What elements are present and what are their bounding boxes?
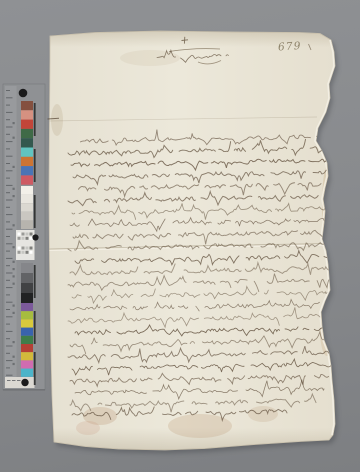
ruler-mark [6, 170, 13, 171]
color-patch [21, 110, 33, 119]
ruler-mark [6, 258, 13, 259]
ruler-mark [6, 324, 10, 325]
color-patch [21, 344, 33, 352]
ruler-mark [13, 195, 15, 197]
mini-patch [18, 247, 21, 250]
color-patch [21, 369, 33, 377]
label-text-mark [7, 380, 11, 381]
scale-label-strip [5, 377, 35, 388]
ruler-mark [13, 224, 15, 226]
ruler-mark [6, 178, 10, 179]
scale-black-bar [34, 195, 36, 228]
color-patch [21, 157, 33, 166]
ruler-mark [13, 188, 15, 190]
color-patch [21, 175, 33, 184]
color-patch [21, 319, 33, 327]
mini-patch [26, 247, 29, 250]
ruler-mark [6, 236, 10, 237]
color-patch [21, 129, 33, 138]
ruler-mark [6, 273, 13, 274]
photo-backdrop: 679 [0, 0, 360, 472]
ruler-mark [6, 353, 10, 354]
registration-dot-bottom [21, 379, 28, 386]
color-patch [21, 101, 33, 110]
mini-patch [26, 251, 29, 254]
grayscale-patch [21, 220, 33, 229]
color-patch [21, 148, 33, 157]
ruler-mark [6, 294, 10, 295]
ruler-mark [6, 134, 10, 135]
label-text-mark [17, 380, 21, 381]
gray-step-patch [21, 273, 33, 283]
color-patch [21, 360, 33, 368]
registration-dot-middle [32, 234, 38, 240]
ruler-mark [13, 137, 15, 139]
ruler-mark [13, 363, 15, 365]
ruler-mark [6, 119, 10, 120]
ruler-mark [13, 261, 15, 263]
ruler-mark [6, 287, 13, 288]
mini-patch [22, 251, 25, 254]
ruler-mark [6, 163, 10, 164]
mini-patch [18, 233, 21, 236]
ruler-mark [6, 280, 10, 281]
mini-patch [22, 233, 25, 236]
mini-patch [18, 237, 21, 240]
ruler-mark [6, 148, 10, 149]
manuscript-photo: 679 [0, 0, 360, 472]
color-calibration-scale [3, 84, 45, 390]
ruler-mark [6, 375, 13, 376]
mini-patch [30, 251, 33, 254]
ruler-mark [13, 283, 15, 285]
stain [120, 50, 180, 66]
scale-black-bar [34, 311, 36, 344]
grayscale-patch [21, 186, 33, 195]
registration-dot-top [19, 89, 28, 98]
ruler-mark [6, 265, 10, 266]
ruler-mark [6, 243, 13, 244]
grayscale-patch [21, 195, 33, 204]
ruler-mark [6, 316, 13, 317]
grayscale-patch [21, 203, 33, 212]
mini-patch [30, 233, 33, 236]
stain [168, 414, 232, 438]
ruler-mark [13, 356, 15, 358]
scale-black-bar [34, 352, 36, 385]
color-patch [21, 120, 33, 129]
ruler-mark [6, 338, 10, 339]
ruler-mark [6, 367, 10, 368]
ruler-mark [13, 305, 15, 307]
scale-black-bar [34, 149, 36, 182]
mini-patch [18, 251, 21, 254]
scale-black-bar [34, 265, 36, 298]
ruler-mark [13, 268, 15, 270]
mini-patch [30, 247, 33, 250]
stain [51, 104, 63, 136]
ruler-mark [13, 312, 15, 314]
ruler-mark [6, 156, 13, 157]
mini-patch [26, 233, 29, 236]
color-patch [21, 303, 33, 311]
ruler-mark [6, 192, 10, 193]
ruler-mark [6, 214, 13, 215]
scale-black-bar [34, 103, 36, 136]
ruler-mark [6, 221, 10, 222]
scale-card-edge [3, 389, 45, 390]
ruler-mark [6, 251, 10, 252]
ruler-mark [13, 246, 15, 248]
mini-patch [22, 247, 25, 250]
ruler-mark [6, 141, 13, 142]
ruler-mark [6, 200, 13, 201]
ruler-mark [13, 122, 15, 124]
stain [76, 421, 100, 435]
ruler-mark [6, 127, 13, 128]
ruler-mark [6, 346, 13, 347]
ruler-mark [6, 112, 13, 113]
folio-number: 679 [278, 40, 302, 54]
ruler-mark [6, 309, 10, 310]
gray-step-patch [21, 263, 33, 273]
ruler-mark [6, 105, 10, 106]
mini-patch [22, 237, 25, 240]
color-patch [21, 328, 33, 336]
color-patch [21, 138, 33, 147]
stain [248, 406, 278, 422]
label-text-mark [12, 380, 16, 381]
color-patch [21, 311, 33, 319]
ruler-mark [13, 275, 15, 277]
ruler-mark [6, 331, 13, 332]
ruler-mark [6, 90, 10, 91]
ruler-mark [6, 229, 13, 230]
ruler-mark [6, 360, 13, 361]
gray-step-patch [21, 283, 33, 293]
ruler-mark [13, 341, 15, 343]
ruler-mark [6, 185, 13, 186]
color-patch [21, 166, 33, 175]
color-patch [21, 352, 33, 360]
ruler-mark [6, 302, 13, 303]
mini-patch [30, 237, 33, 240]
grayscale-patch [21, 212, 33, 221]
color-patch [21, 336, 33, 344]
mini-patch [26, 237, 29, 240]
ruler-mark [6, 97, 13, 98]
ruler-mark [6, 207, 10, 208]
ruler-mark [13, 166, 15, 168]
gray-step-patch [21, 293, 33, 303]
